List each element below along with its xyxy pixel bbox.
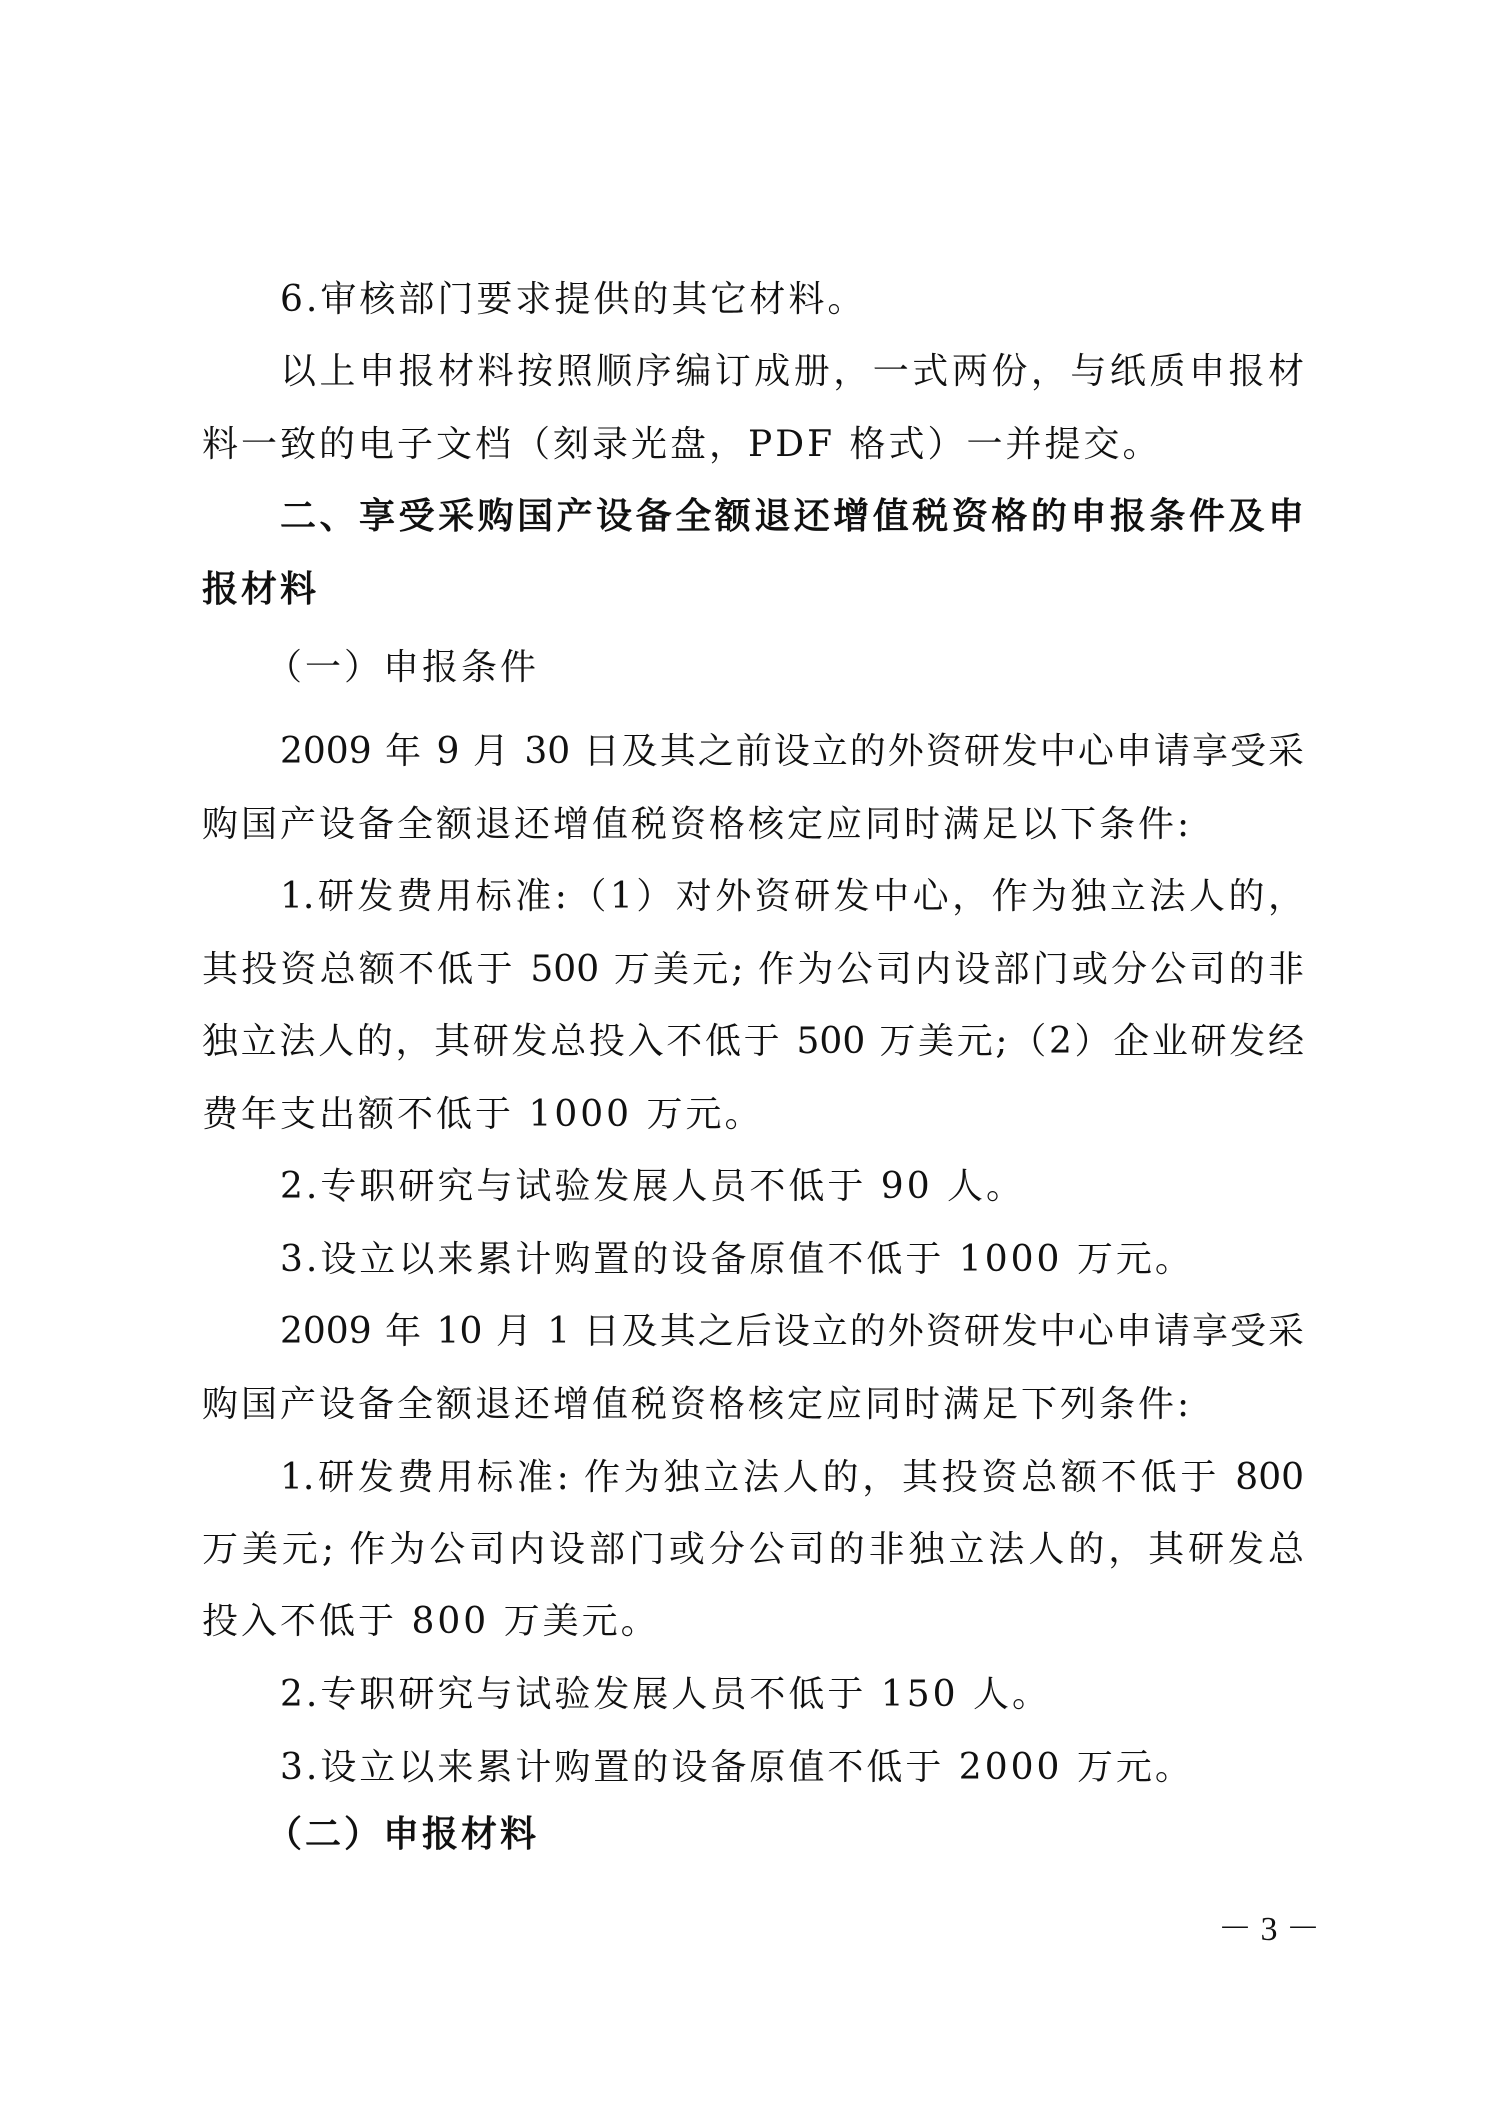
condition-3-equipment-2000: 3.设立以来累计购置的设备原值不低于 2000 万元。 (280, 1740, 1304, 1796)
section-heading-2: 二、享受采购国产设备全额退还增值税资格的申报条件及申 (280, 489, 1304, 545)
list-item-6-other-materials: 6.审核部门要求提供的其它材料。 (280, 272, 1304, 328)
condition-2-staff-150: 2.专职研究与试验发展人员不低于 150 人。 (280, 1667, 1304, 1723)
condition-1-rd-cost-800-cont2: 投入不低于 800 万美元。 (202, 1594, 1304, 1650)
condition-1-rd-cost-800: 1.研发费用标准: 作为独立法人的，其投资总额不低于 800 (280, 1450, 1304, 1506)
condition-1-rd-cost-cont2: 独立法人的，其研发总投入不低于 500 万美元;（2）企业研发经 (202, 1014, 1304, 1070)
condition-1-rd-cost: 1.研发费用标准:（1）对外资研发中心，作为独立法人的， (280, 869, 1304, 925)
condition-1-rd-cost-cont1: 其投资总额不低于 500 万美元; 作为公司内设部门或分公司的非 (202, 942, 1304, 998)
condition-2-staff-90: 2.专职研究与试验发展人员不低于 90 人。 (280, 1159, 1304, 1215)
paragraph-before-2009-10: 2009 年 9 月 30 日及其之前设立的外资研发中心申请享受采 (280, 724, 1304, 780)
condition-1-rd-cost-cont3: 费年支出额不低于 1000 万元。 (202, 1087, 1304, 1143)
document-page: 6.审核部门要求提供的其它材料。 以上申报材料按照顺序编订成册，一式两份，与纸质… (0, 0, 1488, 2105)
paragraph-binding-instructions-cont: 料一致的电子文档（刻录光盘，PDF 格式）一并提交。 (202, 417, 1304, 473)
subsection-heading-conditions: （一）申报条件 (266, 640, 1368, 696)
subsection-heading-materials: （二）申报材料 (266, 1807, 1368, 1863)
page-number: － 3 － (1218, 1908, 1320, 1952)
condition-1-rd-cost-800-cont1: 万美元; 作为公司内设部门或分公司的非独立法人的，其研发总 (202, 1522, 1304, 1578)
section-heading-2-cont: 报材料 (202, 562, 1304, 618)
condition-3-equipment-1000: 3.设立以来累计购置的设备原值不低于 1000 万元。 (280, 1232, 1304, 1288)
paragraph-after-2009-10: 2009 年 10 月 1 日及其之后设立的外资研发中心申请享受采 (280, 1304, 1304, 1360)
paragraph-binding-instructions: 以上申报材料按照顺序编订成册，一式两份，与纸质申报材 (280, 344, 1304, 400)
paragraph-after-2009-10-cont: 购国产设备全额退还增值税资格核定应同时满足下列条件: (202, 1377, 1304, 1433)
paragraph-before-2009-10-cont: 购国产设备全额退还增值税资格核定应同时满足以下条件: (202, 797, 1304, 853)
